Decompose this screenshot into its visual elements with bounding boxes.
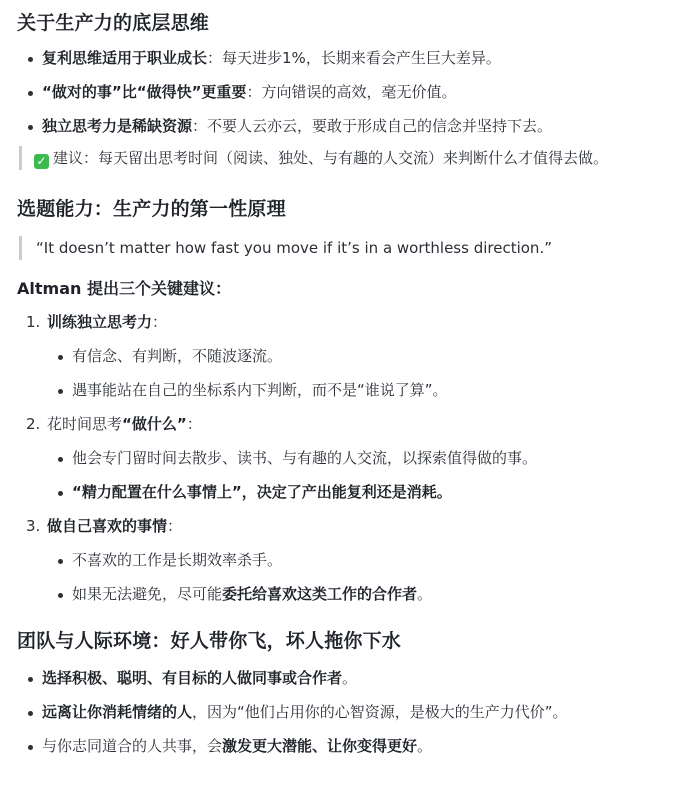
section-title-topic-selection: 选题能力：生产力的第一性原理 xyxy=(17,194,679,224)
advice-list: 1.训练独立思考力： 有信念、有判断，不随波逐流。 遇事能站在自己的坐标系内下判… xyxy=(17,312,679,604)
list-item: 遇事能站在自己的坐标系内下判断，而不是“谁说了算”。 xyxy=(17,380,679,400)
list-item: 他会专门留时间去散步、读书、与有趣的人交流，以探索值得做的事。 xyxy=(17,448,679,468)
altman-advice-heading: Altman 提出三个关键建议： xyxy=(17,276,679,302)
tip-callout: ✓建议：每天留出思考时间（阅读、独处、与有趣的人交流）来判断什么才值得去做。 xyxy=(19,146,679,170)
list-item: 如果无法避免，尽可能委托给喜欢这类工作的合作者。 xyxy=(17,584,679,604)
list-item: 不喜欢的工作是长期效率杀手。 xyxy=(17,550,679,570)
section-title-team: 团队与人际环境：好人带你飞，坏人拖你下水 xyxy=(17,626,679,656)
list-item: 选择积极、聪明、有目标的人做同事或合作者。 xyxy=(17,668,679,688)
check-mark-icon: ✓ xyxy=(34,154,49,169)
list-item: 有信念、有判断，不随波逐流。 xyxy=(17,346,679,366)
team-list: 选择积极、聪明、有目标的人做同事或合作者。 远离让你消耗情绪的人，因为“他们占用… xyxy=(17,668,679,756)
section-title-productivity: 关于生产力的底层思维 xyxy=(17,8,679,38)
list-item: 复利思维适用于职业成长：每天进步1%，长期来看会产生巨大差异。 xyxy=(17,48,679,68)
document: 关于生产力的底层思维 复利思维适用于职业成长：每天进步1%，长期来看会产生巨大差… xyxy=(0,0,693,756)
altman-quote: “It doesn’t matter how fast you move if … xyxy=(19,236,679,260)
advice-item-2: 2.花时间思考“做什么”： 他会专门留时间去散步、读书、与有趣的人交流，以探索值… xyxy=(17,414,679,502)
advice-item-1: 1.训练独立思考力： 有信念、有判断，不随波逐流。 遇事能站在自己的坐标系内下判… xyxy=(17,312,679,400)
list-item: 与你志同道合的人共事，会激发更大潜能、让你变得更好。 xyxy=(17,736,679,756)
list-item: “做对的事”比“做得快”更重要：方向错误的高效，毫无价值。 xyxy=(17,82,679,102)
list-item: 远离让你消耗情绪的人，因为“他们占用你的心智资源，是极大的生产力代价”。 xyxy=(17,702,679,722)
list-item: 独立思考力是稀缺资源：不要人云亦云，要敢于形成自己的信念并坚持下去。 xyxy=(17,116,679,136)
list-item: “精力配置在什么事情上”，决定了产出能复利还是消耗。 xyxy=(17,482,679,502)
productivity-list: 复利思维适用于职业成长：每天进步1%，长期来看会产生巨大差异。 “做对的事”比“… xyxy=(17,48,679,136)
advice-item-3: 3.做自己喜欢的事情： 不喜欢的工作是长期效率杀手。 如果无法避免，尽可能委托给… xyxy=(17,516,679,604)
